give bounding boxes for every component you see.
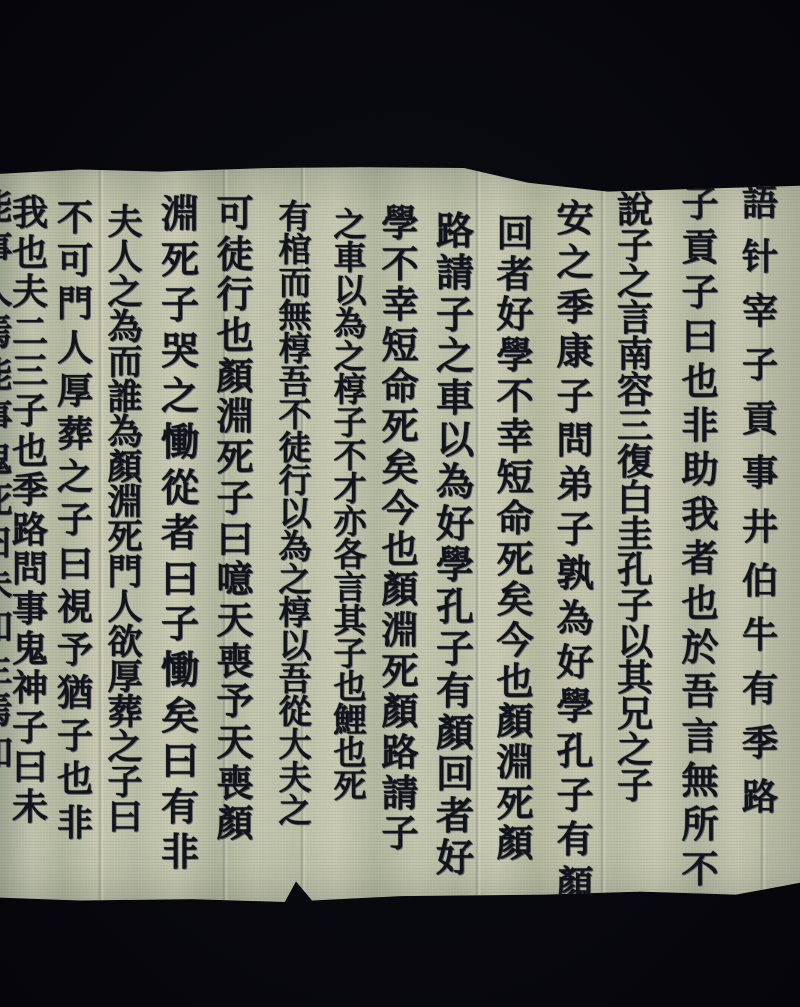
brushed-character: 椁 <box>279 596 312 629</box>
brushed-character: 予 <box>57 632 93 668</box>
brushed-character: 今 <box>382 490 419 527</box>
brushed-character: 不 <box>382 246 419 283</box>
text-column: 路請子之車以為好學孔子有顏回者好 <box>436 212 474 881</box>
brushed-character: 貢 <box>682 229 719 266</box>
brushed-character: 天 <box>217 602 254 639</box>
brushed-character: 之 <box>161 377 199 415</box>
brushed-character: 圭 <box>617 516 653 552</box>
brushed-character: 也 <box>12 433 48 469</box>
brushed-character: 事 <box>742 455 778 491</box>
brushed-character: 其 <box>334 604 367 637</box>
brushed-character: 能 <box>0 190 13 225</box>
brushed-character: 子 <box>557 378 594 415</box>
brushed-character: 回 <box>436 755 474 793</box>
brushed-character: 也 <box>334 736 367 769</box>
brushed-character: 天 <box>217 724 254 761</box>
brushed-character: 之 <box>57 459 93 495</box>
brushed-character: 顏 <box>557 866 594 903</box>
brushed-character: 之 <box>108 275 143 310</box>
brushed-character: 淵 <box>217 398 254 435</box>
brushed-character: 康 <box>557 333 594 370</box>
brushed-character: 行 <box>217 276 254 313</box>
brushed-character: 命 <box>497 500 534 537</box>
brushed-character: 我 <box>12 195 48 231</box>
brushed-character: 淵 <box>161 195 199 233</box>
brushed-character: 人 <box>108 240 143 275</box>
cloth-fold-crease <box>98 165 104 905</box>
text-column: 語针宰子貢事井伯牛有季路 <box>742 185 778 833</box>
brushed-character: 人 <box>0 274 13 309</box>
brushed-character: 弟 <box>557 466 594 503</box>
brushed-character: 者 <box>682 540 719 577</box>
brushed-character: 死 <box>0 484 13 519</box>
brushed-character: 路 <box>382 734 419 771</box>
brushed-character: 門 <box>57 286 93 322</box>
brushed-character: 子 <box>436 296 474 334</box>
brushed-character: 之 <box>436 337 474 375</box>
brushed-character: 子 <box>334 637 367 670</box>
brushed-character: 路 <box>12 512 48 548</box>
brushed-character: 也 <box>334 670 367 703</box>
brushed-character: 鯉 <box>334 703 367 736</box>
brushed-character: 子 <box>57 502 93 538</box>
text-column: 不可門人厚葬之子曰視予猶子也非 <box>57 200 93 848</box>
brushed-character: 曰 <box>161 560 199 598</box>
brushed-character: 以 <box>279 497 312 530</box>
brushed-character: 能 <box>0 358 13 393</box>
brushed-character: 子 <box>57 718 93 754</box>
text-column: 之車以為之椁子不才亦各言其子也鯉也死 <box>334 208 367 802</box>
brushed-character: 請 <box>436 254 474 292</box>
brushed-character: 未 <box>0 568 13 603</box>
brushed-character: 短 <box>497 459 534 496</box>
brushed-character: 可 <box>57 243 93 279</box>
brushed-character: 好 <box>436 505 474 543</box>
brushed-character: 為 <box>334 307 367 340</box>
brushed-character: 夫 <box>279 761 312 794</box>
brushed-character: 為 <box>557 600 594 637</box>
brushed-character: 兄 <box>617 696 653 732</box>
brushed-character: 之 <box>334 208 367 241</box>
cloth-fold-crease <box>600 165 606 905</box>
brushed-character: 可 <box>217 195 254 232</box>
brushed-character: 以 <box>279 629 312 662</box>
brushed-character: 子 <box>617 768 653 804</box>
brushed-character: 死 <box>497 541 534 578</box>
brushed-character: 之 <box>557 244 594 281</box>
text-column: 說子之言南容三復白圭孔子以其兄之子 <box>617 192 653 804</box>
brushed-character: 生 <box>0 652 13 687</box>
brushed-character: 子 <box>382 815 419 852</box>
brushed-character: 子 <box>334 406 367 439</box>
brushed-character: 椁 <box>279 332 312 365</box>
brushed-character: 也 <box>682 585 719 622</box>
brushed-character: 顏 <box>217 805 254 842</box>
brushed-character: 顏 <box>497 825 534 862</box>
brushed-character: 有 <box>742 671 778 707</box>
brushed-character: 回 <box>497 215 534 252</box>
brushed-character: 夫 <box>108 205 143 240</box>
brushed-character: 予 <box>217 683 254 720</box>
brushed-character: 之 <box>108 730 143 765</box>
brushed-character: 曰 <box>57 546 93 582</box>
photo-scene: 語针宰子貢事井伯牛有季路子貢子曰也非助我者也於吾言無所不說子之言南容三復白圭孔子… <box>0 0 800 1007</box>
brushed-character: 而 <box>279 266 312 299</box>
brushed-character: 問 <box>12 551 48 587</box>
brushed-character: 子 <box>217 480 254 517</box>
brushed-character: 短 <box>382 327 419 364</box>
brushed-character: 葬 <box>108 695 143 730</box>
brushed-character: 有 <box>557 821 594 858</box>
brushed-character: 不 <box>279 398 312 431</box>
brushed-character: 言 <box>334 571 367 604</box>
brushed-character: 子 <box>742 347 778 383</box>
brushed-character: 非 <box>161 833 199 871</box>
brushed-character: 亦 <box>334 505 367 538</box>
brushed-character: 吾 <box>682 673 719 710</box>
brushed-character: 知 <box>0 736 13 771</box>
brushed-character: 我 <box>682 496 719 533</box>
brushed-character: 以 <box>617 624 653 660</box>
brushed-character: 不 <box>682 851 719 888</box>
brushed-character: 棺 <box>279 233 312 266</box>
brushed-character: 無 <box>279 299 312 332</box>
brushed-character: 為 <box>279 530 312 563</box>
brushed-character: 噫 <box>217 561 254 598</box>
brushed-character: 曰 <box>161 742 199 780</box>
brushed-character: 有 <box>279 200 312 233</box>
brushed-character: 視 <box>57 589 93 625</box>
brushed-character: 矣 <box>382 449 419 486</box>
brushed-character: 子 <box>557 511 594 548</box>
brushed-character: 葬 <box>57 416 93 452</box>
brushed-character: 哭 <box>161 332 199 370</box>
brushed-character: 死 <box>382 653 419 690</box>
brushed-character: 也 <box>497 663 534 700</box>
brushed-character: 顏 <box>497 703 534 740</box>
brushed-character: 事 <box>0 400 13 435</box>
brushed-character: 好 <box>436 839 474 877</box>
brushed-character: 非 <box>57 805 93 841</box>
brushed-character: 吾 <box>279 365 312 398</box>
brushed-character: 慟 <box>161 651 199 689</box>
brushed-character: 子 <box>436 630 474 668</box>
brushed-character: 學 <box>557 688 594 725</box>
brushed-character: 說 <box>617 192 653 228</box>
brushed-character: 才 <box>334 472 367 505</box>
brushed-character: 孔 <box>557 733 594 770</box>
brushed-character: 之 <box>617 264 653 300</box>
textile-fragment: 語针宰子貢事井伯牛有季路子貢子曰也非助我者也於吾言無所不說子之言南容三復白圭孔子… <box>0 165 800 905</box>
brushed-character: 子 <box>617 588 653 624</box>
brushed-character: 淵 <box>497 744 534 781</box>
brushed-character: 大 <box>279 728 312 761</box>
brushed-character: 宰 <box>742 293 778 329</box>
brushed-character: 語 <box>742 185 778 221</box>
brushed-character: 為 <box>108 310 143 345</box>
brushed-character: 焉 <box>0 316 13 351</box>
brushed-character: 椁 <box>334 373 367 406</box>
brushed-character: 問 <box>557 422 594 459</box>
brushed-character: 顏 <box>382 571 419 608</box>
brushed-character: 助 <box>682 451 719 488</box>
brushed-character: 也 <box>12 235 48 271</box>
brushed-character: 子 <box>161 286 199 324</box>
text-column: 我也夫二三子也季路問事鬼神子曰未 <box>12 195 48 829</box>
brushed-character: 無 <box>682 762 719 799</box>
brushed-character: 子 <box>12 393 48 429</box>
brushed-character: 喪 <box>217 643 254 680</box>
brushed-character: 喪 <box>217 765 254 802</box>
brushed-character: 者 <box>161 514 199 552</box>
brushed-character: 神 <box>12 670 48 706</box>
text-column: 學不幸短命死矣今也顏淵死顏路請子 <box>382 205 419 856</box>
brushed-character: 死 <box>382 408 419 445</box>
brushed-character: 學 <box>497 337 534 374</box>
brushed-character: 厚 <box>108 660 143 695</box>
brushed-character: 南 <box>617 336 653 372</box>
brushed-character: 之 <box>279 563 312 596</box>
brushed-character: 曰 <box>12 749 48 785</box>
brushed-character: 矣 <box>497 581 534 618</box>
text-column: 能事人焉能事鬼死曰未知生焉知 <box>0 190 13 778</box>
brushed-character: 請 <box>382 775 419 812</box>
brushed-character: 子 <box>108 765 143 800</box>
brushed-character: 知 <box>0 610 13 645</box>
brushed-character: 好 <box>497 296 534 333</box>
brushed-character: 夫 <box>12 274 48 310</box>
brushed-character: 厚 <box>57 373 93 409</box>
brushed-character: 孰 <box>557 555 594 592</box>
brushed-character: 今 <box>497 622 534 659</box>
brushed-character: 以 <box>334 274 367 307</box>
brushed-character: 幸 <box>497 418 534 455</box>
brushed-character: 車 <box>334 241 367 274</box>
brushed-character: 言 <box>682 718 719 755</box>
brushed-character: 路 <box>742 779 778 815</box>
brushed-character: 從 <box>161 469 199 507</box>
brushed-character: 三 <box>12 353 48 389</box>
brushed-character: 之 <box>279 794 312 827</box>
brushed-character: 淵 <box>382 612 419 649</box>
brushed-character: 鬼 <box>12 631 48 667</box>
brushed-character: 者 <box>497 256 534 293</box>
text-column: 回者好學不幸短命死矣今也顏淵死顏 <box>497 215 534 866</box>
brushed-character: 死 <box>497 785 534 822</box>
brushed-character: 學 <box>382 205 419 242</box>
brushed-character: 孔 <box>617 552 653 588</box>
brushed-character: 伯 <box>742 563 778 599</box>
brushed-character: 也 <box>382 531 419 568</box>
brushed-character: 有 <box>436 672 474 710</box>
brushed-character: 徒 <box>279 431 312 464</box>
brushed-character: 曰 <box>0 526 13 561</box>
brushed-character: 淵 <box>108 485 143 520</box>
text-column: 子貢子曰也非助我者也於吾言無所不 <box>682 185 719 895</box>
brushed-character: 不 <box>334 439 367 472</box>
brushed-character: 死 <box>161 241 199 279</box>
brushed-character: 其 <box>617 660 653 696</box>
brushed-character: 者 <box>436 797 474 835</box>
brushed-character: 慟 <box>161 423 199 461</box>
brushed-character: 命 <box>382 368 419 405</box>
brushed-character: 曰 <box>682 318 719 355</box>
brushed-character: 子 <box>12 710 48 746</box>
brushed-character: 復 <box>617 444 653 480</box>
brushed-character: 白 <box>617 480 653 516</box>
brushed-character: 顏 <box>217 358 254 395</box>
brushed-character: 人 <box>57 330 93 366</box>
brushed-character: 學 <box>436 546 474 584</box>
text-column: 有棺而無椁吾不徒行以為之椁以吾從大夫之 <box>279 200 312 827</box>
brushed-character: 路 <box>436 212 474 250</box>
brushed-character: 孔 <box>436 588 474 626</box>
brushed-character: 所 <box>682 806 719 843</box>
brushed-character: 曰 <box>217 521 254 558</box>
brushed-character: 行 <box>279 464 312 497</box>
brushed-character: 季 <box>12 472 48 508</box>
brushed-character: 從 <box>279 695 312 728</box>
brushed-character: 貢 <box>742 401 778 437</box>
brushed-character: 誰 <box>108 380 143 415</box>
brushed-character: 非 <box>682 407 719 444</box>
brushed-character: 季 <box>742 725 778 761</box>
brushed-character: 死 <box>217 439 254 476</box>
brushed-character: 也 <box>217 317 254 354</box>
brushed-character: 事 <box>0 232 13 267</box>
brushed-character: 焉 <box>0 694 13 729</box>
brushed-character: 事 <box>12 591 48 627</box>
brushed-character: 子 <box>161 605 199 643</box>
brushed-character: 曰 <box>108 800 143 835</box>
brushed-character: 於 <box>682 629 719 666</box>
brushed-character: 之 <box>617 732 653 768</box>
brushed-character: 徒 <box>217 236 254 273</box>
brushed-character: 顏 <box>436 714 474 752</box>
brushed-character: 子 <box>682 274 719 311</box>
brushed-character: 顏 <box>108 450 143 485</box>
text-column: 安之季康子問弟子孰為好學孔子有顏 <box>557 200 594 910</box>
brushed-character: 子 <box>557 777 594 814</box>
brushed-character: 容 <box>617 372 653 408</box>
brushed-character: 而 <box>108 345 143 380</box>
brushed-character: 各 <box>334 538 367 571</box>
brushed-character: 井 <box>742 509 778 545</box>
brushed-character: 幸 <box>382 286 419 323</box>
brushed-character: 好 <box>557 644 594 681</box>
brushed-character: 欲 <box>108 625 143 660</box>
brushed-character: 死 <box>334 769 367 802</box>
brushed-character: 三 <box>617 408 653 444</box>
brushed-character: 季 <box>557 289 594 326</box>
cloth-fold-crease <box>475 165 481 905</box>
text-column: 夫人之為而誰為顏淵死門人欲厚葬之子曰 <box>108 205 143 835</box>
text-column: 可徒行也顏淵死子曰噫天喪予天喪顏 <box>217 195 254 846</box>
brushed-character: 也 <box>57 761 93 797</box>
brushed-character: 不 <box>497 378 534 415</box>
brushed-character: 也 <box>682 363 719 400</box>
brushed-character: 言 <box>617 300 653 336</box>
brushed-character: 死 <box>108 520 143 555</box>
brushed-character: 二 <box>12 314 48 350</box>
brushed-character: 安 <box>557 200 594 237</box>
brushed-character: 之 <box>334 340 367 373</box>
brushed-character: 為 <box>108 415 143 450</box>
brushed-character: 鬼 <box>0 442 13 477</box>
brushed-character: 以 <box>436 421 474 459</box>
brushed-character: 子 <box>682 185 719 222</box>
brushed-character: 吾 <box>279 662 312 695</box>
brushed-character: 有 <box>161 788 199 826</box>
brushed-character: 門 <box>108 555 143 590</box>
brushed-character: 牛 <box>742 617 778 653</box>
brushed-character: 未 <box>12 789 48 825</box>
brushed-character: 車 <box>436 379 474 417</box>
brushed-character: 针 <box>742 239 778 275</box>
text-column: 淵死子哭之慟從者曰子慟矣曰有非 <box>161 195 199 879</box>
brushed-character: 矣 <box>161 697 199 735</box>
brushed-character: 不 <box>57 200 93 236</box>
brushed-character: 為 <box>436 463 474 501</box>
brushed-character: 人 <box>108 590 143 625</box>
brushed-character: 顏 <box>382 693 419 730</box>
brushed-character: 子 <box>617 228 653 264</box>
brushed-character: 猶 <box>57 675 93 711</box>
